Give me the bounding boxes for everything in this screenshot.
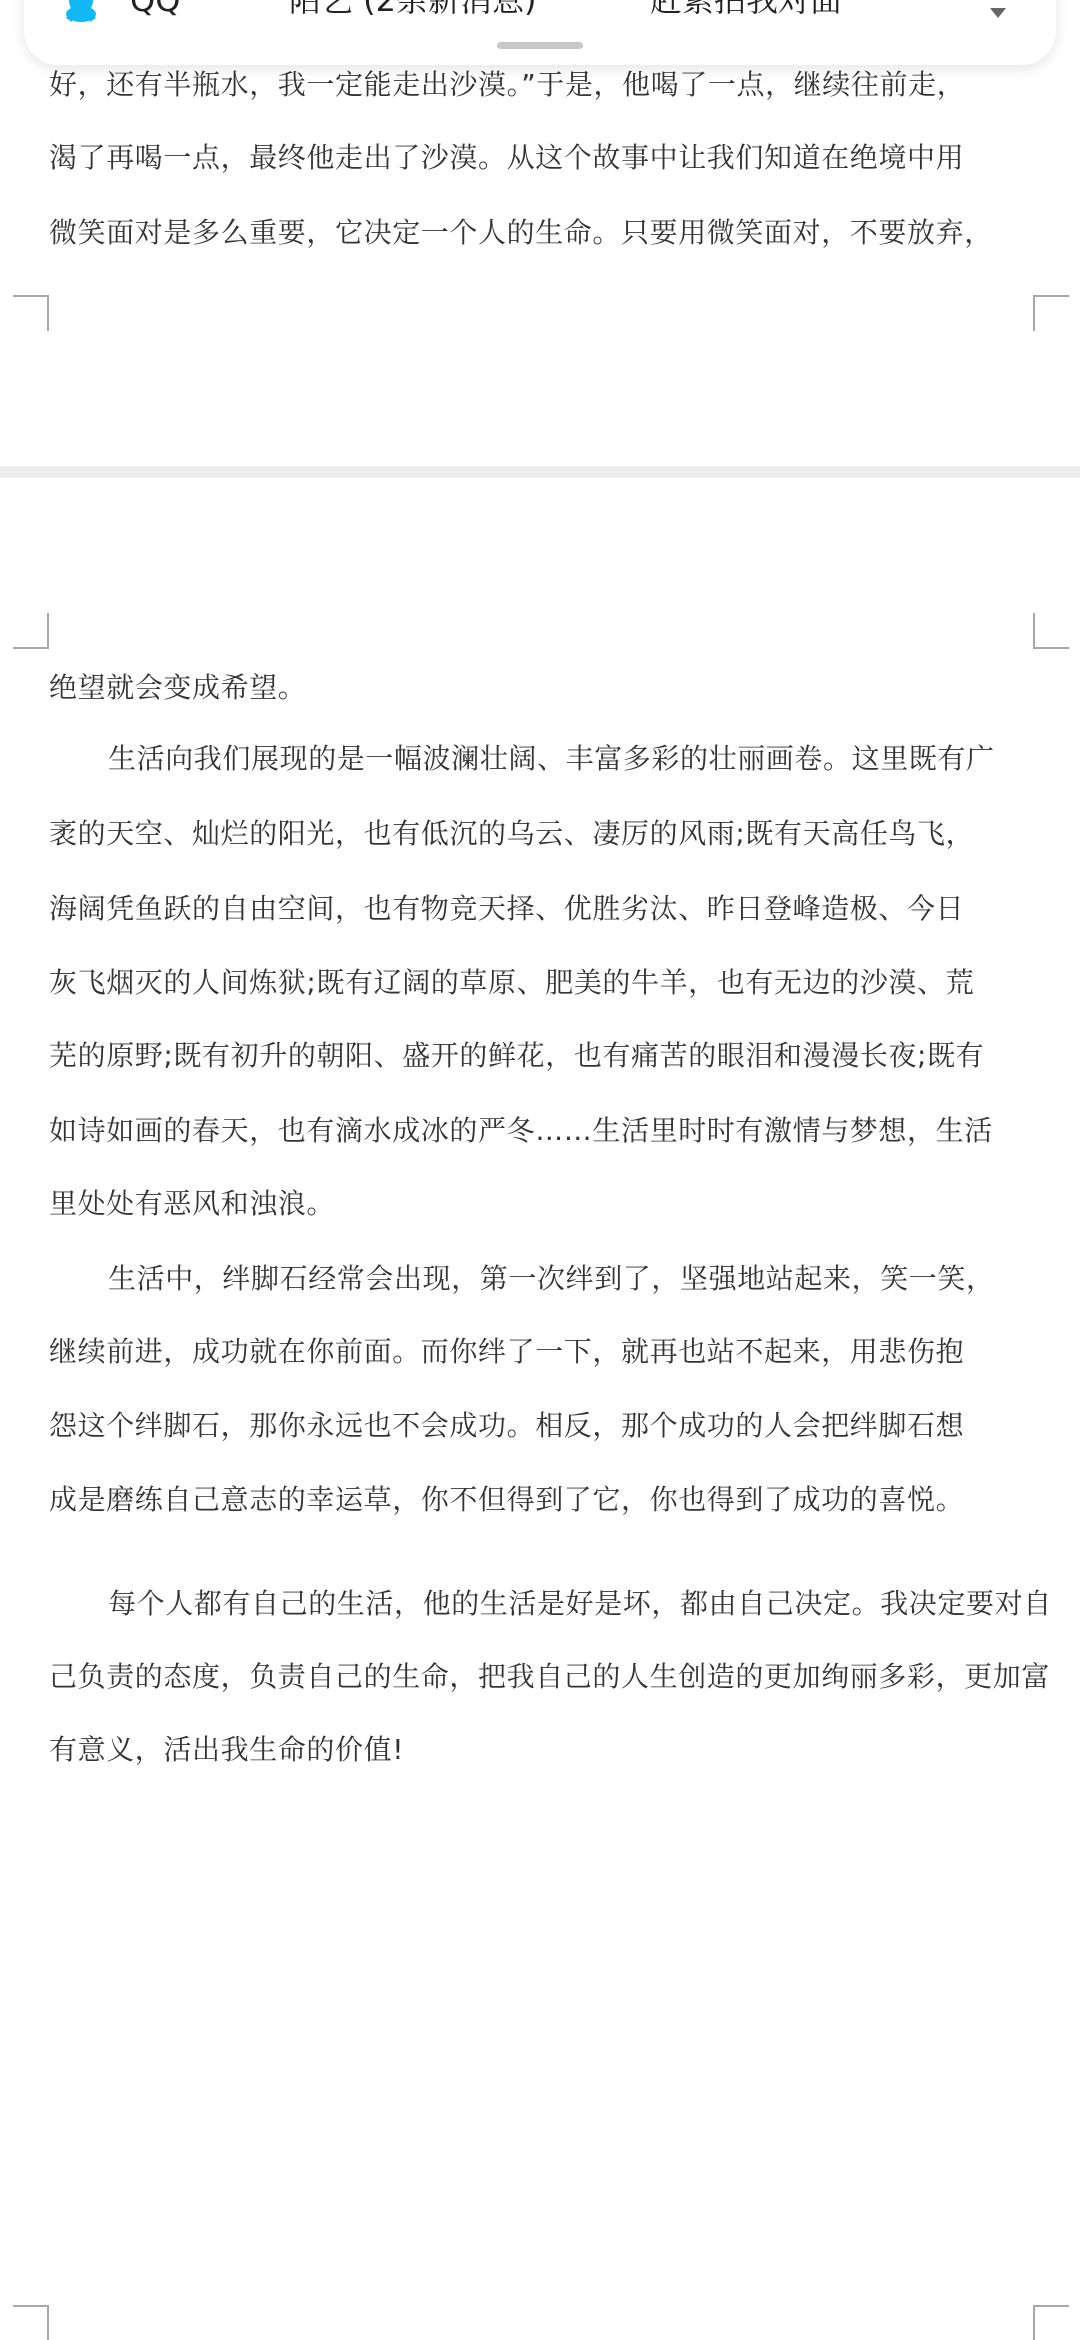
paragraph-start: 生活中，绊脚石经常会出现，第一次绊到了，坚强地站起来，笑一笑， (108, 1259, 1080, 1299)
text-line: 有意义，活出我生命的价值! (49, 1730, 1039, 1770)
page-margin-corner-bottom-left (13, 295, 49, 331)
notification-header: QQ 陌艺 (2条新消息) 赶紧拍我对面 (24, 0, 1056, 22)
document-page-1: 好，还有半瓶水，我一定能走出沙漠。”于是，他喝了一点，继续往前走， 渴了再喝一点… (0, 0, 1080, 466)
notification-banner[interactable]: QQ 陌艺 (2条新消息) 赶紧拍我对面 (24, 0, 1056, 65)
qq-penguin-icon (64, 0, 98, 24)
text-line: 继续前进，成功就在你前面。而你绊了一下，就再也站不起来，用悲伤抱 (49, 1332, 1039, 1372)
drag-handle[interactable] (497, 42, 583, 49)
page-margin-corner-bottom-right (1033, 295, 1069, 331)
page-margin-corner-top-left (13, 613, 49, 649)
text-line: 芜的原野;既有初升的朝阳、盛开的鲜花，也有痛苦的眼泪和漫漫长夜;既有 (49, 1036, 1039, 1076)
text-line: 怨这个绊脚石，那你永远也不会成功。相反，那个成功的人会把绊脚石想 (49, 1406, 1039, 1446)
text-line: 好，还有半瓶水，我一定能走出沙漠。”于是，他喝了一点，继续往前走， (49, 65, 1039, 105)
text-line: 里处处有恶风和浊浪。 (49, 1184, 1039, 1224)
text-line: 袤的天空、灿烂的阳光，也有低沉的乌云、凄厉的风雨;既有天高任鸟飞， (49, 814, 1039, 854)
page-margin-corner-bottom-right (1033, 2305, 1069, 2340)
text-line: 渴了再喝一点，最终他走出了沙漠。从这个故事中让我们知道在绝境中用 (49, 138, 1039, 178)
document-page-2: 绝望就会变成希望。 生活向我们展现的是一幅波澜壮阔、丰富多彩的壮丽画卷。这里既有… (0, 478, 1080, 2340)
notification-app-name: QQ (130, 0, 180, 22)
text-line: 微笑面对是多么重要，它决定一个人的生命。只要用微笑面对，不要放弃， (49, 213, 1039, 253)
page-separator (0, 466, 1080, 478)
notification-message: 赶紧拍我对面 (650, 0, 842, 22)
expand-chevron-icon[interactable] (990, 8, 1006, 18)
page-margin-corner-top-right (1033, 613, 1069, 649)
text-line: 灰飞烟灭的人间炼狱;既有辽阔的草原、肥美的牛羊，也有无边的沙漠、荒 (49, 963, 1039, 1003)
text-line: 海阔凭鱼跃的自由空间，也有物竞天择、优胜劣汰、昨日登峰造极、今日 (49, 889, 1039, 929)
paragraph-start: 生活向我们展现的是一幅波澜壮阔、丰富多彩的壮丽画卷。这里既有广 (108, 739, 1080, 779)
text-line: 绝望就会变成希望。 (49, 668, 1039, 708)
text-line: 己负责的态度，负责自己的生命，把我自己的人生创造的更加绚丽多彩，更加富 (49, 1657, 1039, 1697)
page-margin-corner-bottom-left (13, 2305, 49, 2340)
text-line: 如诗如画的春天，也有滴水成冰的严冬……生活里时时有激情与梦想，生活 (49, 1111, 1039, 1151)
text-line: 成是磨练自己意志的幸运草，你不但得到了它，你也得到了成功的喜悦。 (49, 1480, 1039, 1520)
document-viewer[interactable]: 好，还有半瓶水，我一定能走出沙漠。”于是，他喝了一点，继续往前走， 渴了再喝一点… (0, 0, 1080, 2340)
paragraph-start: 每个人都有自己的生活，他的生活是好是坏，都由自己决定。我决定要对自 (108, 1584, 1080, 1624)
notification-sender: 陌艺 (2条新消息) (289, 0, 537, 22)
